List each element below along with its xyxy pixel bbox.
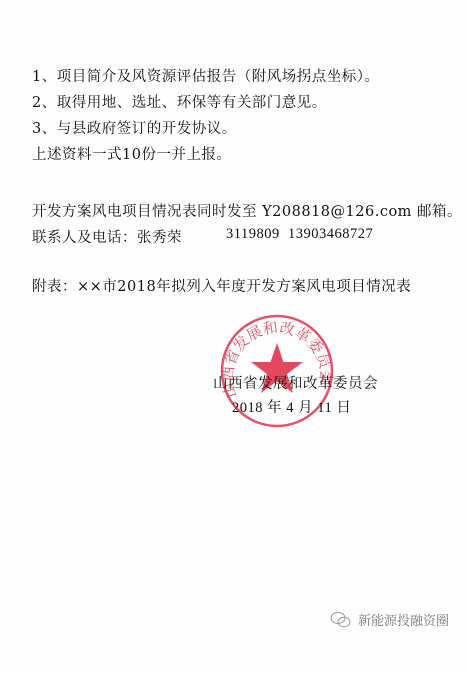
watermark-text: 新能源投融资圈 (358, 610, 449, 629)
contact-line: 联系人及电话：张秀荣 3119809 13903468727 (32, 226, 182, 247)
item-3: 3、与县政府签订的开发协议。 (32, 117, 237, 138)
item-1: 1、项目简介及风资源评估报告（附风场拐点坐标）。 (32, 65, 379, 86)
watermark: 新能源投融资圈 (330, 610, 449, 629)
contact-phone-mobile: 13903468727 (288, 226, 373, 243)
submission-note: 上述资料一式10份一并上报。 (32, 143, 231, 164)
contact-label: 联系人及电话： (32, 230, 137, 246)
contact-phone-office: 3119809 (226, 226, 280, 243)
signature-organization: 山西省发展和改革委员会 (213, 372, 378, 393)
contact-name: 张秀荣 (137, 230, 182, 246)
signature-date: 2018 年 4 月 11 日 (232, 396, 351, 417)
item-2: 2、取得用地、选址、环保等有关部门意见。 (32, 91, 327, 112)
attachment-line: 附表：××市2018年拟列入年度开发方案风电项目情况表 (32, 275, 411, 296)
wechat-icon (330, 611, 352, 629)
email-line: 开发方案风电项目情况表同时发至 Y208818@126.com 邮箱。 (32, 200, 462, 221)
